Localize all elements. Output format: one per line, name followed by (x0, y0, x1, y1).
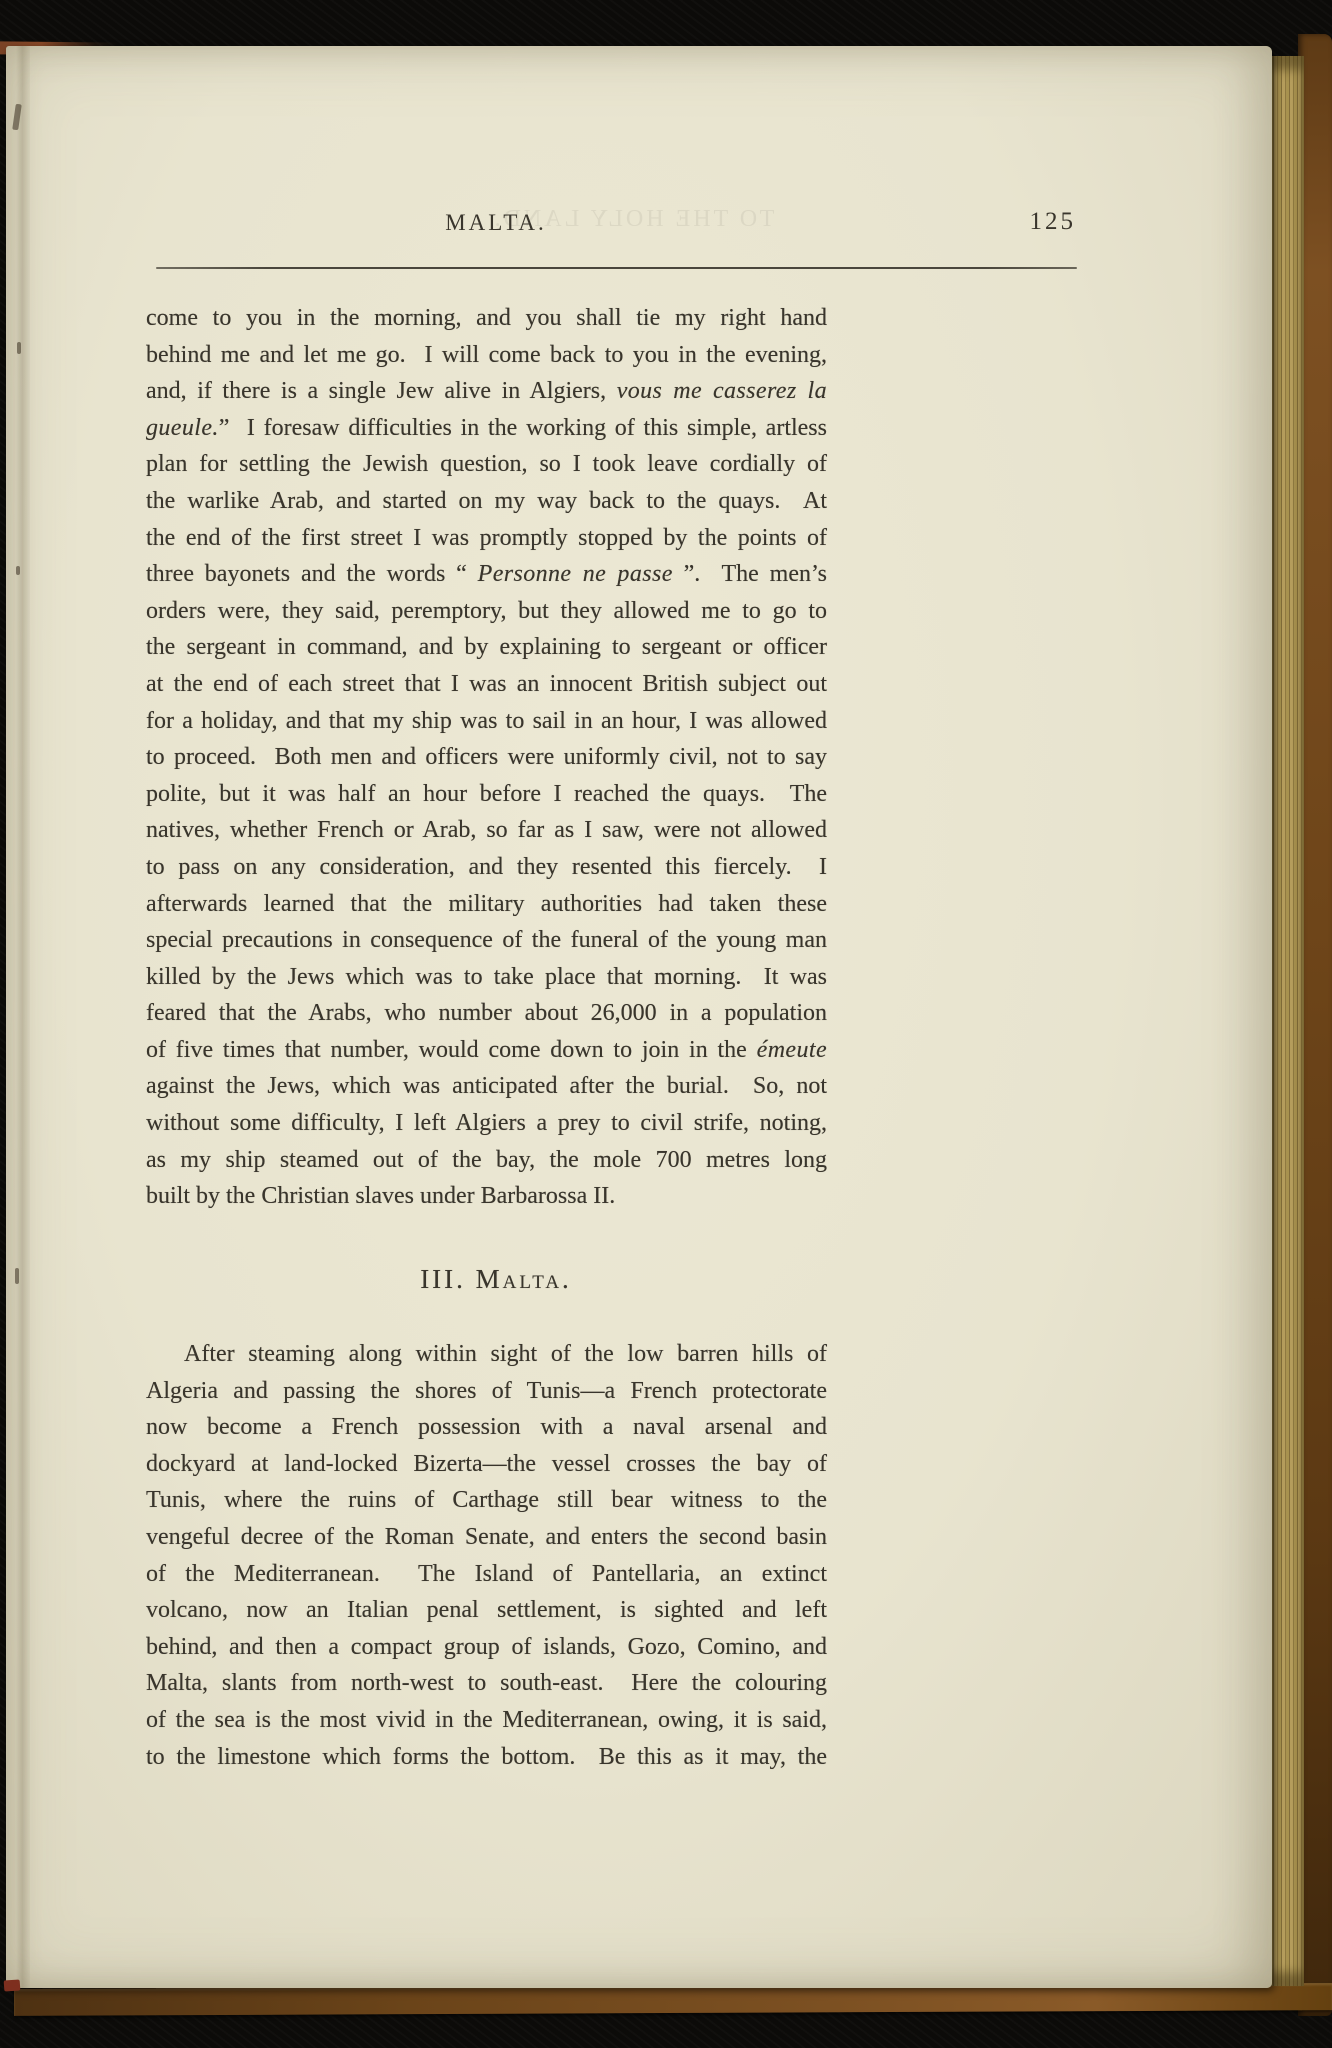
text-line: for a holiday, and that my ship was to s… (146, 703, 827, 740)
text-segment: the sergeant in command, and by explaini… (146, 634, 827, 660)
text-segment: vengeful decree of the Roman Senate, and… (146, 1524, 827, 1550)
text-line: three bayonets and the words “ Personne … (146, 556, 827, 593)
text-line: come to you in the morning, and you shal… (146, 300, 827, 337)
page-edge-nick (15, 1268, 19, 1284)
text-segment: Algeria and passing the shores of Tunis—… (146, 1378, 827, 1404)
text-line: After steaming along within sight of the… (146, 1336, 827, 1373)
text-segment: killed by the Jews which was to take pla… (146, 964, 827, 990)
text-segment: Malta, slants from north-west to south-e… (146, 1670, 827, 1696)
text-line: at the end of each street that I was an … (146, 666, 827, 703)
text-segment: without some difficulty, I left Algiers … (146, 1110, 827, 1136)
book-cover-bottom-edge (14, 1983, 1332, 2016)
text-line: Algeria and passing the shores of Tunis—… (146, 1373, 827, 1410)
text-line: to proceed. Both men and officers were u… (146, 739, 827, 776)
text-line: afterwards learned that the military aut… (146, 886, 827, 923)
text-segment: behind me and let me go. I will come bac… (146, 342, 827, 368)
text-segment: behind, and then a compact group of isla… (146, 1634, 827, 1660)
text-line: of five times that number, would come do… (146, 1032, 827, 1069)
text-line: plan for settling the Jewish question, s… (146, 446, 827, 483)
text-line: the sergeant in command, and by explaini… (146, 629, 827, 666)
text-segment: polite, but it was half an hour before I… (146, 781, 827, 807)
text-line: behind, and then a compact group of isla… (146, 1629, 827, 1666)
header-rule (156, 267, 1077, 269)
binding-mark (4, 1979, 21, 1991)
text-line: special precautions in consequence of th… (146, 922, 827, 959)
text-line: built by the Christian slaves under Barb… (146, 1178, 827, 1215)
page-edge-nick (17, 342, 21, 354)
text-line: without some difficulty, I left Algiers … (146, 1105, 827, 1142)
text-segment: three bayonets and the words “ (146, 561, 478, 587)
text-line: the warlike Arab, and started on my way … (146, 483, 827, 520)
text-line: to pass on any consideration, and they r… (146, 849, 827, 886)
book-photo: TO THE HOLY LAND. MALTA. 125 come to you… (0, 0, 1332, 2048)
text-segment: of the sea is the most vivid in the Medi… (146, 1707, 827, 1733)
text-segment: the warlike Arab, and started on my way … (146, 488, 827, 514)
text-line: of the Mediterranean. The Island of Pant… (146, 1556, 827, 1593)
paragraph-continuation-algiers: come to you in the morning, and you shal… (146, 300, 827, 1215)
text-segment: built by the Christian slaves under Barb… (146, 1183, 615, 1209)
text-line: feared that the Arabs, who number about … (146, 995, 827, 1032)
text-line: as my ship steamed out of the bay, the m… (146, 1142, 827, 1179)
text-segment: for a holiday, and that my ship was to s… (146, 708, 827, 734)
text-segment: the end of the first street I was prompt… (146, 525, 827, 551)
text-segment: dockyard at land-locked Bizerta—the vess… (146, 1451, 827, 1477)
text-segment: special precautions in consequence of th… (146, 927, 827, 953)
text-line: polite, but it was half an hour before I… (146, 776, 827, 813)
text-segment: afterwards learned that the military aut… (146, 891, 827, 917)
gutter-shadow (16, 46, 30, 1988)
section-heading: III. Malta. (146, 1264, 846, 1295)
text-segment: ” I foresaw difficulties in the working … (219, 415, 827, 441)
text-line: behind me and let me go. I will come bac… (146, 337, 827, 374)
italic-phrase: émeute (757, 1037, 827, 1063)
page-fore-edge-stack (1270, 56, 1304, 1986)
text-segment: feared that the Arabs, who number about … (146, 1000, 827, 1026)
text-segment: against the Jews, which was anticipated … (146, 1073, 827, 1099)
paragraph-malta-approach: After steaming along within sight of the… (146, 1336, 827, 1775)
text-segment: come to you in the morning, and you shal… (146, 305, 827, 331)
page-edge-nick (16, 566, 20, 575)
text-line: gueule.” I foresaw difficulties in the w… (146, 410, 827, 447)
text-line: natives, whether French or Arab, so far … (146, 812, 827, 849)
page-number: 125 (156, 208, 1076, 236)
italic-phrase: vous me casserez la (617, 378, 827, 404)
text-line: killed by the Jews which was to take pla… (146, 959, 827, 996)
text-line: and, if there is a single Jew alive in A… (146, 373, 827, 410)
text-segment: of the Mediterranean. The Island of Pant… (146, 1561, 827, 1587)
text-line: now become a French possession with a na… (146, 1409, 827, 1446)
italic-phrase: gueule. (146, 415, 219, 441)
text-segment: After steaming along within sight of the… (184, 1341, 827, 1367)
text-segment: orders were, they said, peremptory, but … (146, 598, 827, 624)
text-line: orders were, they said, peremptory, but … (146, 593, 827, 630)
text-line: of the sea is the most vivid in the Medi… (146, 1702, 827, 1739)
text-line: dockyard at land-locked Bizerta—the vess… (146, 1446, 827, 1483)
text-segment: at the end of each street that I was an … (146, 671, 827, 697)
text-segment: to proceed. Both men and officers were u… (146, 744, 827, 770)
book-page: TO THE HOLY LAND. MALTA. 125 come to you… (6, 46, 1272, 1988)
text-segment: now become a French possession with a na… (146, 1414, 827, 1440)
text-segment: volcano, now an Italian penal settlement… (146, 1597, 827, 1623)
text-segment: to the limestone which forms the bottom.… (146, 1744, 827, 1770)
italic-phrase: Personne ne passe (478, 561, 673, 587)
text-segment: as my ship steamed out of the bay, the m… (146, 1147, 827, 1173)
text-segment: ”. The men’s (673, 561, 827, 587)
text-segment: to pass on any consideration, and they r… (146, 854, 827, 880)
text-line: vengeful decree of the Roman Senate, and… (146, 1519, 827, 1556)
text-segment: Tunis, where the ruins of Carthage still… (146, 1487, 827, 1513)
text-line: against the Jews, which was anticipated … (146, 1068, 827, 1105)
text-line: volcano, now an Italian penal settlement… (146, 1592, 827, 1629)
text-line: the end of the first street I was prompt… (146, 520, 827, 557)
text-line: Tunis, where the ruins of Carthage still… (146, 1482, 827, 1519)
text-line: to the limestone which forms the bottom.… (146, 1739, 827, 1776)
text-line: Malta, slants from north-west to south-e… (146, 1665, 827, 1702)
text-segment: plan for settling the Jewish question, s… (146, 451, 827, 477)
text-segment: natives, whether French or Arab, so far … (146, 817, 827, 843)
text-segment: of five times that number, would come do… (146, 1037, 757, 1063)
text-segment: and, if there is a single Jew alive in A… (146, 378, 617, 404)
